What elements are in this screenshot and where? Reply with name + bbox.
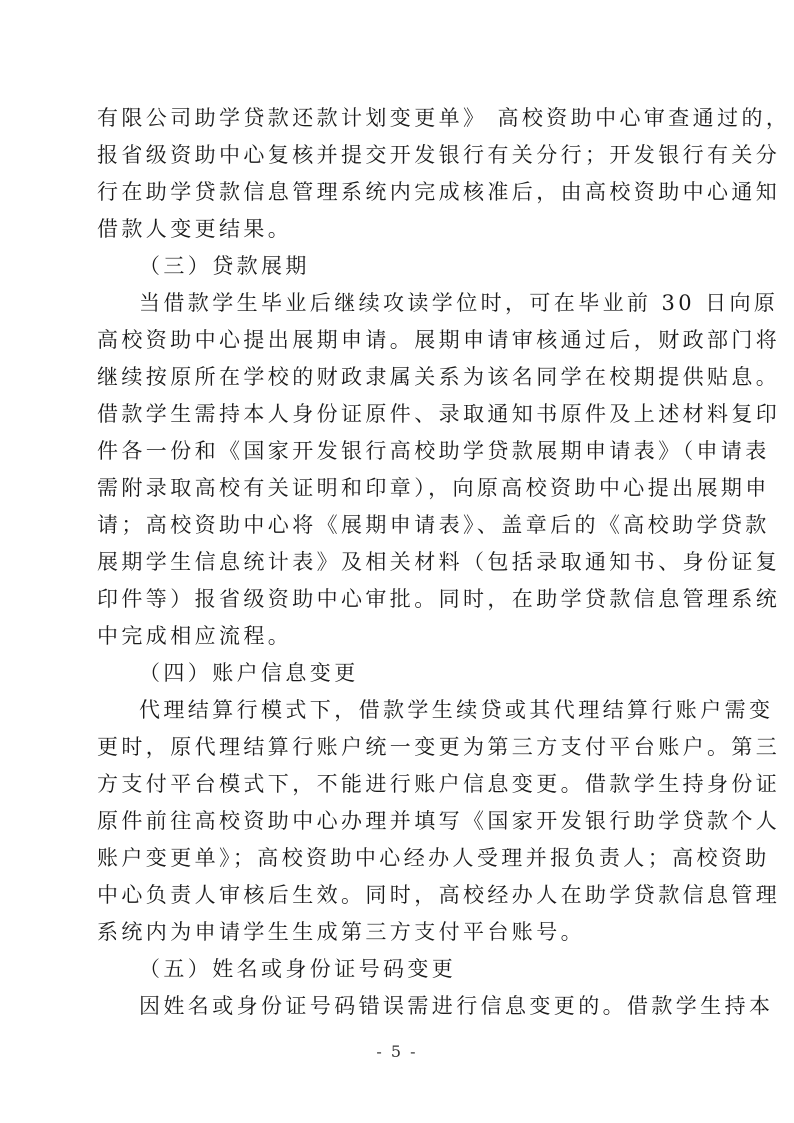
- body-line: 原件前往高校资助中心办理并填写《国家开发银行助学贷款个人: [97, 803, 697, 839]
- section-heading-account-change: （四）账户信息变更: [139, 655, 539, 691]
- body-line: 借款学生需持本人身份证原件、录取通知书原件及上述材料复印: [97, 396, 697, 432]
- body-line: 印件等）报省级资助中心审批。同时，在助学贷款信息管理系统: [97, 581, 697, 617]
- paragraph-first-line: 因姓名或身份证号码错误需进行信息变更的。借款学生持本: [139, 988, 697, 1024]
- body-line: 继续按原所在学校的财政隶属关系为该名同学在校期提供贴息。: [97, 359, 697, 395]
- body-line: 行在助学贷款信息管理系统内完成核准后，由高校资助中心通知: [97, 174, 697, 210]
- paragraph-first-line: 代理结算行模式下，借款学生续贷或其代理结算行账户需变: [139, 692, 697, 728]
- document-page: 有限公司助学贷款还款计划变更单》 高校资助中心审查通过的， 报省级资助中心复核并…: [0, 0, 794, 1123]
- body-line: 有限公司助学贷款还款计划变更单》 高校资助中心审查通过的，: [97, 100, 697, 136]
- body-line: 更时，原代理结算行账户统一变更为第三方支付平台账户。第三: [97, 729, 697, 765]
- body-line: 中完成相应流程。: [97, 618, 697, 654]
- body-line: 借款人变更结果。: [97, 211, 697, 247]
- body-line: 账户变更单》；高校资助中心经办人受理并报负责人；高校资助: [97, 840, 697, 876]
- body-line: 请；高校资助中心将《展期申请表》、盖章后的《高校助学贷款: [97, 507, 697, 543]
- body-line: 系统内为申请学生生成第三方支付平台账号。: [97, 914, 697, 950]
- section-heading-loan-extension: （三）贷款展期: [139, 248, 539, 284]
- body-line: 需附录取高校有关证明和印章），向原高校资助中心提出展期申: [97, 470, 697, 506]
- body-line: 展期学生信息统计表》及相关材料（包括录取通知书、身份证复: [97, 544, 697, 580]
- body-line: 中心负责人审核后生效。同时，高校经办人在助学贷款信息管理: [97, 877, 697, 913]
- section-heading-name-id-change: （五）姓名或身份证号码变更: [139, 951, 539, 987]
- body-line: 方支付平台模式下，不能进行账户信息变更。借款学生持身份证: [97, 766, 697, 802]
- paragraph-first-line: 当借款学生毕业后继续攻读学位时，可在毕业前 30 日向原: [139, 285, 697, 321]
- page-number: - 5 -: [0, 1042, 794, 1062]
- body-line: 报省级资助中心复核并提交开发银行有关分行；开发银行有关分: [97, 137, 697, 173]
- body-line: 高校资助中心提出展期申请。展期申请审核通过后，财政部门将: [97, 322, 697, 358]
- body-line: 件各一份和《国家开发银行高校助学贷款展期申请表》（申请表: [97, 433, 697, 469]
